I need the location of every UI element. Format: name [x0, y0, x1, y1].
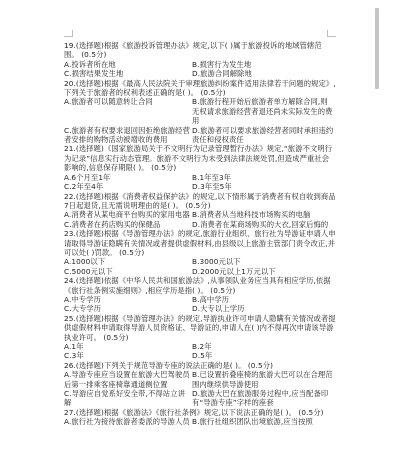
question-item: 19.(选择题)根据《旅游投诉管理办法》规定,以下( )属于旅游投诉的地域管辖范…	[64, 41, 336, 79]
answer-option: D.旅游者可以要求旅游经营者同时承担违约责任和侵权责任	[192, 126, 336, 145]
answer-option: A.6个月至1年	[64, 173, 192, 182]
question-item: 20.(选择题)根据《最高人民法院关于审理旅游纠纷案件适用法律若干问题的规定》,…	[64, 79, 336, 145]
answer-option: C.导游应自觉系好安全带,不得站立讲解	[64, 389, 192, 408]
answer-option: C.旅游者有权要求退回因拒绝旅游经营者安排的购物活动被增收的费用	[64, 126, 192, 145]
option-grid: A.消费者从某电商平台购买的家用电器B.消费者从当地科技市场购买的电脑C.消费者…	[64, 210, 336, 229]
answer-option: C.3年	[64, 351, 192, 360]
answer-option: D.大专以上学历	[192, 304, 336, 313]
option-grid: A.中专学历B.高中学历C.大专学历D.大专以上学历	[64, 295, 336, 314]
answer-option: C.2年至4年	[64, 182, 192, 191]
question-stem: 19.(选择题)根据《旅游投诉管理办法》规定,以下( )属于旅游投诉的地域管辖范…	[64, 41, 336, 60]
answer-option: C.大专学历	[64, 304, 192, 313]
answer-option: B.高中学历	[192, 295, 336, 304]
option-grid: A.旅行社为接待旅游者委派的导游人员B.旅行社组织团队出境旅游,应当按照	[64, 417, 336, 426]
question-stem: 23.(选择题)根据《导游管理办法》的规定,旅游行业组织、旅行社为导游证申请人申…	[64, 229, 336, 257]
answer-option: B.2年	[192, 342, 336, 351]
document-page: 19.(选择题)根据《旅游投诉管理办法》规定,以下( )属于旅游投诉的地域管辖范…	[64, 41, 336, 427]
question-item: 26.(选择题)下列关于规范导游专座的说法正确的是( )。 (0.5分)A.导游…	[64, 361, 336, 408]
answer-option: D.消费者在某商场购买的大衣,回家后悔的	[192, 220, 336, 229]
question-stem: 24.(选择题)依据《中华人民共和国旅游法》,从事领队业务应当具有相应学历,依据…	[64, 276, 336, 295]
answer-option: D.旅游大巴在旅游服务过程中,应当配备印有“导游专座”字样的座套	[192, 389, 336, 408]
answer-option: B.损害行为发生地	[192, 60, 336, 69]
answer-option: C.5000元以下	[64, 267, 192, 276]
answer-option: D.2000元以上1万元以下	[192, 267, 336, 276]
question-stem: 22.(选择题)根据《消费者权益保护法》的规定,以下情形属于消费者有权自收到商品…	[64, 192, 336, 211]
option-grid: A.导游专座应当设置在旅游大巴驾驶员后第一排乘客座椅靠通道侧位置B.已设置折叠座…	[64, 370, 336, 408]
answer-option: A.导游专座应当设置在旅游大巴驾驶员后第一排乘客座椅靠通道侧位置	[64, 370, 192, 389]
page-corner-mark-right	[327, 30, 336, 37]
question-item: 21.(选择题)《国家旅游局关于不文明行为记录管理暂行办法》规定,“旅游不文明行…	[64, 144, 336, 191]
answer-option: B.3000元以下	[192, 257, 336, 266]
answer-option: B.已设置折叠座椅的旅游大巴可以在合理范围内继续供导游使用	[192, 370, 336, 389]
answer-option: C.损害结果发生地	[64, 69, 192, 78]
answer-option: D.3年至5年	[192, 182, 336, 191]
question-stem: 20.(选择题)根据《最高人民法院关于审理旅游纠纷案件适用法律若干问题的规定》,…	[64, 79, 336, 98]
answer-option: A.消费者从某电商平台购买的家用电器	[64, 210, 192, 219]
option-grid: A.6个月至1年B.1年至3年C.2年至4年D.3年至5年	[64, 173, 336, 192]
vertical-scrollbar[interactable]	[375, 8, 379, 89]
option-grid: A.1年B.2年C.3年D.5年	[64, 342, 336, 361]
answer-option: A.旅行社为接待旅游者委派的导游人员	[64, 417, 192, 426]
answer-option: D.旅游合同解除地	[192, 69, 336, 78]
question-item: 22.(选择题)根据《消费者权益保护法》的规定,以下情形属于消费者有权自收到商品…	[64, 192, 336, 230]
answer-option: C.消费者在药店购买的保健品	[64, 220, 192, 229]
question-stem: 21.(选择题)《国家旅游局关于不文明行为记录管理暂行办法》规定,“旅游不文明行…	[64, 144, 336, 172]
answer-option: D.5年	[192, 351, 336, 360]
answer-option: B.消费者从当地科技市场购买的电脑	[192, 210, 336, 219]
question-stem: 27.(选择题)根据《旅游法》《旅行社条例》规定,以下说法正确的是( )。 (0…	[64, 408, 336, 417]
question-stem: 26.(选择题)下列关于规范导游专座的说法正确的是( )。 (0.5分)	[64, 361, 336, 370]
question-list: 19.(选择题)根据《旅游投诉管理办法》规定,以下( )属于旅游投诉的地域管辖范…	[64, 41, 336, 427]
answer-option: B.旅游行程开始后旅游者单方解除合同,则无权请求旅游经营者退还尚未实际发生的费用	[192, 97, 336, 125]
question-item: 27.(选择题)根据《旅游法》《旅行社条例》规定,以下说法正确的是( )。 (0…	[64, 408, 336, 427]
answer-option: A.投诉者所在地	[64, 60, 192, 69]
answer-option: B.1年至3年	[192, 173, 336, 182]
option-grid: A.1000以下B.3000元以下C.5000元以下D.2000元以上1万元以下	[64, 257, 336, 276]
answer-option: A.1年	[64, 342, 192, 351]
answer-option: A.中专学历	[64, 295, 192, 304]
question-item: 25.(选择题)根据《导游管理办法》的规定,导游执业许可申请人隐瞒有关情况或者提…	[64, 314, 336, 361]
answer-option: A.1000以下	[64, 257, 192, 266]
option-grid: A.旅游者可以随意转让合同B.旅游行程开始后旅游者单方解除合同,则无权请求旅游经…	[64, 97, 336, 144]
option-grid: A.投诉者所在地B.损害行为发生地C.损害结果发生地D.旅游合同解除地	[64, 60, 336, 79]
page-corner-mark-left	[64, 30, 73, 37]
answer-option: A.旅游者可以随意转让合同	[64, 97, 192, 125]
question-item: 24.(选择题)依据《中华人民共和国旅游法》,从事领队业务应当具有相应学历,依据…	[64, 276, 336, 314]
question-item: 23.(选择题)根据《导游管理办法》的规定,旅游行业组织、旅行社为导游证申请人申…	[64, 229, 336, 276]
answer-option: B.旅行社组织团队出境旅游,应当按照	[192, 417, 336, 426]
question-stem: 25.(选择题)根据《导游管理办法》的规定,导游执业许可申请人隐瞒有关情况或者提…	[64, 314, 336, 342]
